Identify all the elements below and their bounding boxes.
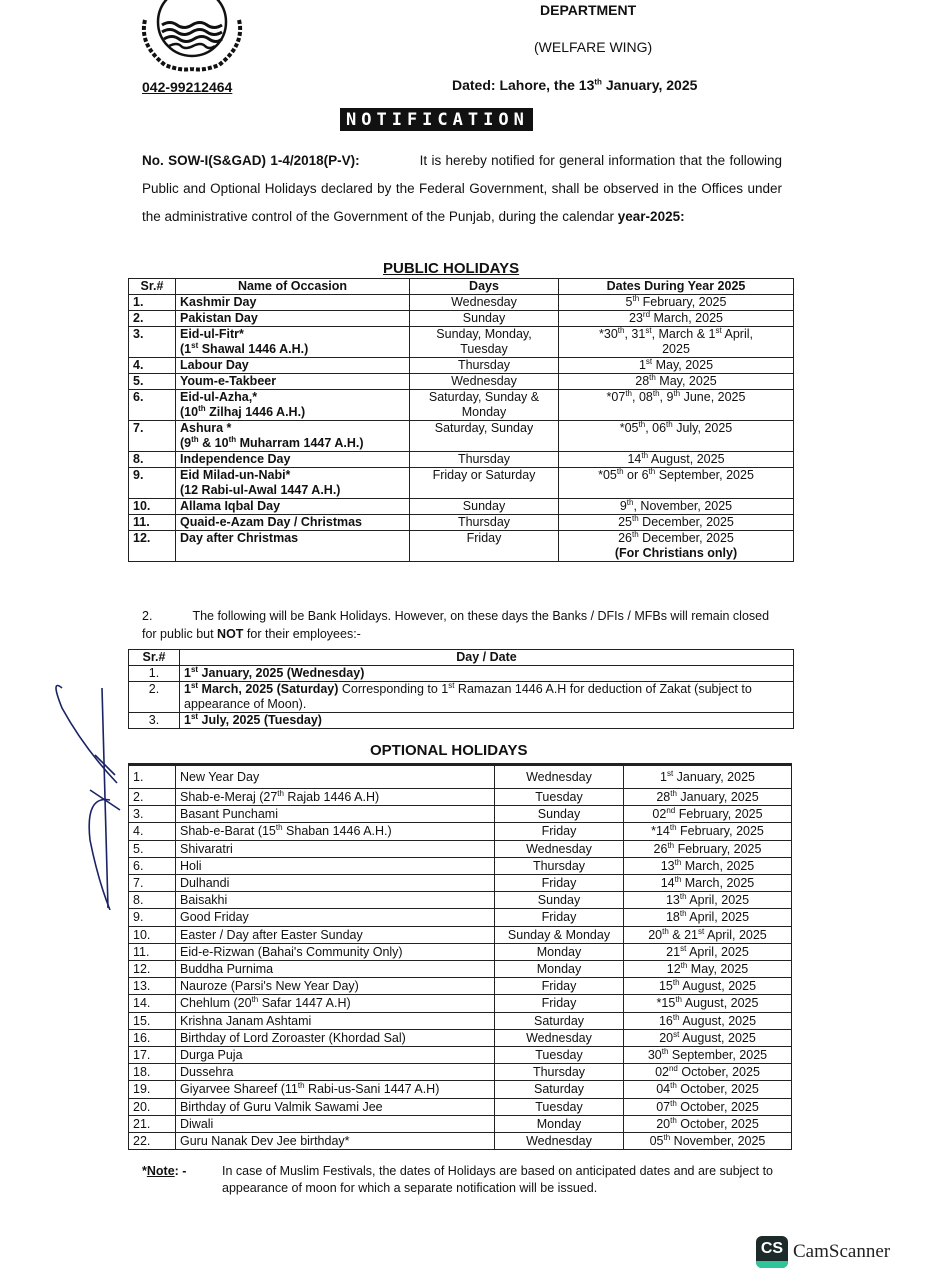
days-cell: Sunday bbox=[495, 806, 624, 823]
day-date-cell: 1st July, 2025 (Tuesday) bbox=[180, 713, 794, 729]
date-cell: 16th August, 2025 bbox=[624, 1012, 792, 1029]
table-row: 11.Eid-e-Rizwan (Bahai's Community Only)… bbox=[129, 943, 792, 960]
sr-cell: 7. bbox=[129, 421, 176, 452]
date-cell: 13th March, 2025 bbox=[624, 857, 792, 874]
occasion-cell: Shab-e-Barat (15th Shaban 1446 A.H.) bbox=[176, 823, 495, 840]
dated-prefix: Dated: Lahore, the 13 bbox=[452, 77, 594, 93]
sr-cell: 3. bbox=[129, 327, 176, 358]
occasion-cell: Giyarvee Shareef (11th Rabi-us-Sani 1447… bbox=[176, 1081, 495, 1098]
days-cell: Friday bbox=[495, 995, 624, 1012]
occasion-cell: Shivaratri bbox=[176, 840, 495, 857]
table-row: 2.Shab-e-Meraj (27th Rajab 1446 A.H)Tues… bbox=[129, 789, 792, 806]
date-cell: 13th April, 2025 bbox=[624, 892, 792, 909]
column-header: Day / Date bbox=[180, 650, 794, 666]
sr-cell: 6. bbox=[129, 390, 176, 421]
occasion-cell: Youm-e-Takbeer bbox=[176, 374, 410, 390]
days-cell: Saturday, Sunday bbox=[410, 421, 559, 452]
occasion-cell: Ashura *(9th & 10th Muharram 1447 A.H.) bbox=[176, 421, 410, 452]
reference-number: No. SOW-I(S&GAD) 1-4/2018(P-V): bbox=[142, 153, 360, 168]
date-cell: *15th August, 2025 bbox=[624, 995, 792, 1012]
date-cell: 25th December, 2025 bbox=[559, 515, 794, 531]
sr-cell: 15. bbox=[129, 1012, 176, 1029]
date-cell: *14th February, 2025 bbox=[624, 823, 792, 840]
table-row: 15.Krishna Janam AshtamiSaturday16th Aug… bbox=[129, 1012, 792, 1029]
table-row: 7.DulhandiFriday14th March, 2025 bbox=[129, 875, 792, 892]
date-cell: 14th August, 2025 bbox=[559, 452, 794, 468]
days-cell: Sunday, Monday,Tuesday bbox=[410, 327, 559, 358]
day-date-cell: 1st January, 2025 (Wednesday) bbox=[180, 666, 794, 682]
days-cell: Thursday bbox=[495, 1064, 624, 1081]
note-label: *Note: - bbox=[142, 1163, 222, 1197]
days-cell: Wednesday bbox=[410, 374, 559, 390]
sr-cell: 17. bbox=[129, 1047, 176, 1064]
days-cell: Sunday bbox=[410, 311, 559, 327]
occasion-cell: Easter / Day after Easter Sunday bbox=[176, 926, 495, 943]
days-cell: Friday bbox=[495, 909, 624, 926]
sr-cell: 18. bbox=[129, 1064, 176, 1081]
date-cell: 21st April, 2025 bbox=[624, 943, 792, 960]
occasion-cell: Eid-ul-Fitr*(1st Shawal 1446 A.H.) bbox=[176, 327, 410, 358]
sr-cell: 12. bbox=[129, 961, 176, 978]
date-cell: 18th April, 2025 bbox=[624, 909, 792, 926]
date-cell: 26th February, 2025 bbox=[624, 840, 792, 857]
sr-cell: 14. bbox=[129, 995, 176, 1012]
occasion-cell: Chehlum (20th Safar 1447 A.H) bbox=[176, 995, 495, 1012]
table-row: 4.Labour DayThursday1st May, 2025 bbox=[129, 358, 794, 374]
days-cell: Saturday, Sunday &Monday bbox=[410, 390, 559, 421]
occasion-cell: Eid Milad-un-Nabi*(12 Rabi-ul-Awal 1447 … bbox=[176, 468, 410, 499]
table-row: 3.1st July, 2025 (Tuesday) bbox=[129, 713, 794, 729]
sr-cell: 9. bbox=[129, 909, 176, 926]
date-cell: *30th, 31st, March & 1st April,2025 bbox=[559, 327, 794, 358]
para-text-end: for their employees:- bbox=[243, 627, 360, 641]
occasion-cell: Birthday of Guru Valmik Sawami Jee bbox=[176, 1098, 495, 1115]
occasion-cell: Birthday of Lord Zoroaster (Khordad Sal) bbox=[176, 1029, 495, 1046]
table-row: 22.Guru Nanak Dev Jee birthday*Wednesday… bbox=[129, 1133, 792, 1150]
bank-holidays-paragraph: 2.The following will be Bank Holidays. H… bbox=[142, 607, 782, 643]
camscanner-logo-icon: CS bbox=[756, 1236, 788, 1268]
days-cell: Wednesday bbox=[410, 295, 559, 311]
column-header: Days bbox=[410, 279, 559, 295]
occasion-cell: Guru Nanak Dev Jee birthday* bbox=[176, 1133, 495, 1150]
bank-holidays-table: Sr.#Day / Date 1.1st January, 2025 (Wedn… bbox=[128, 649, 794, 729]
camscanner-badge-text: CS bbox=[761, 1240, 783, 1258]
sr-cell: 19. bbox=[129, 1081, 176, 1098]
date-cell: *05th, 06th July, 2025 bbox=[559, 421, 794, 452]
sr-cell: 1. bbox=[129, 295, 176, 311]
days-cell: Friday bbox=[495, 978, 624, 995]
sr-cell: 10. bbox=[129, 499, 176, 515]
occasion-cell: Kashmir Day bbox=[176, 295, 410, 311]
date-cell: *07th, 08th, 9th June, 2025 bbox=[559, 390, 794, 421]
date-cell: 04th October, 2025 bbox=[624, 1081, 792, 1098]
date-cell: 05th November, 2025 bbox=[624, 1133, 792, 1150]
occasion-cell: Krishna Janam Ashtami bbox=[176, 1012, 495, 1029]
date-cell: 02nd October, 2025 bbox=[624, 1064, 792, 1081]
date-cell: 23rd March, 2025 bbox=[559, 311, 794, 327]
occasion-cell: Good Friday bbox=[176, 909, 495, 926]
table-row: 19.Giyarvee Shareef (11th Rabi-us-Sani 1… bbox=[129, 1081, 792, 1098]
punjab-government-emblem-icon bbox=[137, 0, 247, 75]
days-cell: Saturday bbox=[495, 1012, 624, 1029]
sr-cell: 9. bbox=[129, 468, 176, 499]
sr-cell: 21. bbox=[129, 1115, 176, 1132]
table-row: 7.Ashura *(9th & 10th Muharram 1447 A.H.… bbox=[129, 421, 794, 452]
occasion-cell: Eid-e-Rizwan (Bahai's Community Only) bbox=[176, 943, 495, 960]
table-row: 10.Easter / Day after Easter SundaySunda… bbox=[129, 926, 792, 943]
table-row: 1.Kashmir DayWednesday5th February, 2025 bbox=[129, 295, 794, 311]
days-cell: Monday bbox=[495, 943, 624, 960]
date-cell: 1st January, 2025 bbox=[624, 765, 792, 789]
occasion-cell: Allama Iqbal Day bbox=[176, 499, 410, 515]
phone-number: 042-99212464 bbox=[142, 79, 232, 95]
table-row: 14.Chehlum (20th Safar 1447 A.H)Friday*1… bbox=[129, 995, 792, 1012]
column-header: Sr.# bbox=[129, 279, 176, 295]
sr-cell: 11. bbox=[129, 943, 176, 960]
table-row: 1.New Year DayWednesday1st January, 2025 bbox=[129, 765, 792, 789]
days-cell: Sunday bbox=[495, 892, 624, 909]
table-row: 4.Shab-e-Barat (15th Shaban 1446 A.H.)Fr… bbox=[129, 823, 792, 840]
days-cell: Thursday bbox=[410, 515, 559, 531]
days-cell: Monday bbox=[495, 961, 624, 978]
occasion-cell: Shab-e-Meraj (27th Rajab 1446 A.H) bbox=[176, 789, 495, 806]
date-cell: 1st May, 2025 bbox=[559, 358, 794, 374]
days-cell: Wednesday bbox=[495, 765, 624, 789]
table-row: 12.Day after ChristmasFriday26th Decembe… bbox=[129, 531, 794, 562]
date-cell: 5th February, 2025 bbox=[559, 295, 794, 311]
date-cell: 14th March, 2025 bbox=[624, 875, 792, 892]
date-cell: 20th & 21st April, 2025 bbox=[624, 926, 792, 943]
table-row: 11.Quaid-e-Azam Day / ChristmasThursday2… bbox=[129, 515, 794, 531]
sr-cell: 4. bbox=[129, 358, 176, 374]
intro-paragraph: No. SOW-I(S&GAD) 1-4/2018(P-V):It is her… bbox=[142, 147, 782, 231]
date-cell: *05th or 6th September, 2025 bbox=[559, 468, 794, 499]
occasion-cell: Nauroze (Parsi's New Year Day) bbox=[176, 978, 495, 995]
days-cell: Saturday bbox=[495, 1081, 624, 1098]
days-cell: Tuesday bbox=[495, 1098, 624, 1115]
date-cell: 07th October, 2025 bbox=[624, 1098, 792, 1115]
days-cell: Thursday bbox=[410, 452, 559, 468]
occasion-cell: Basant Punchami bbox=[176, 806, 495, 823]
table-row: 12.Buddha PurnimaMonday12th May, 2025 bbox=[129, 961, 792, 978]
sr-cell: 12. bbox=[129, 531, 176, 562]
table-row: 5.ShivaratriWednesday26th February, 2025 bbox=[129, 840, 792, 857]
date-cell: 12th May, 2025 bbox=[624, 961, 792, 978]
occasion-cell: Day after Christmas bbox=[176, 531, 410, 562]
sr-cell: 22. bbox=[129, 1133, 176, 1150]
days-cell: Monday bbox=[495, 1115, 624, 1132]
days-cell: Thursday bbox=[495, 857, 624, 874]
table-row: 6.Eid-ul-Azha,*(10th Zilhaj 1446 A.H.)Sa… bbox=[129, 390, 794, 421]
department-label: DEPARTMENT bbox=[540, 2, 636, 18]
public-holidays-table: Sr.#Name of OccasionDaysDates During Yea… bbox=[128, 278, 794, 562]
occasion-cell: Eid-ul-Azha,*(10th Zilhaj 1446 A.H.) bbox=[176, 390, 410, 421]
para-number: 2. bbox=[142, 609, 152, 623]
occasion-cell: Labour Day bbox=[176, 358, 410, 374]
date-cell: 20th October, 2025 bbox=[624, 1115, 792, 1132]
days-cell: Tuesday bbox=[495, 1047, 624, 1064]
date-cell: 28th May, 2025 bbox=[559, 374, 794, 390]
footnote: *Note: - In case of Muslim Festivals, th… bbox=[142, 1163, 802, 1197]
optional-holidays-heading: OPTIONAL HOLIDAYS bbox=[370, 742, 528, 759]
date-cell: 26th December, 2025(For Christians only) bbox=[559, 531, 794, 562]
occasion-cell: Pakistan Day bbox=[176, 311, 410, 327]
day-date-cell: 1st March, 2025 (Saturday) Corresponding… bbox=[180, 682, 794, 713]
note-text: In case of Muslim Festivals, the dates o… bbox=[222, 1163, 802, 1197]
date-cell: 20st August, 2025 bbox=[624, 1029, 792, 1046]
note-label-text: Note bbox=[147, 1164, 175, 1178]
date-cell: 9th, November, 2025 bbox=[559, 499, 794, 515]
table-row: 6.HoliThursday13th March, 2025 bbox=[129, 857, 792, 874]
date-cell: 15th August, 2025 bbox=[624, 978, 792, 995]
para-bold: NOT bbox=[217, 627, 243, 641]
occasion-cell: Quaid-e-Azam Day / Christmas bbox=[176, 515, 410, 531]
occasion-cell: New Year Day bbox=[176, 765, 495, 789]
occasion-cell: Dulhandi bbox=[176, 875, 495, 892]
table-row: 1.1st January, 2025 (Wednesday) bbox=[129, 666, 794, 682]
column-header: Name of Occasion bbox=[176, 279, 410, 295]
public-holidays-heading: PUBLIC HOLIDAYS bbox=[383, 260, 519, 277]
table-row: 20.Birthday of Guru Valmik Sawami JeeTue… bbox=[129, 1098, 792, 1115]
occasion-cell: Dussehra bbox=[176, 1064, 495, 1081]
sr-cell: 8. bbox=[129, 452, 176, 468]
table-row: 2.1st March, 2025 (Saturday) Correspondi… bbox=[129, 682, 794, 713]
sr-cell: 10. bbox=[129, 926, 176, 943]
signature-icon bbox=[40, 660, 140, 910]
optional-holidays-table: 1.New Year DayWednesday1st January, 2025… bbox=[128, 763, 792, 1150]
table-row: 18.DussehraThursday02nd October, 2025 bbox=[129, 1064, 792, 1081]
days-cell: Wednesday bbox=[495, 1133, 624, 1150]
days-cell: Wednesday bbox=[495, 840, 624, 857]
table-row: 10.Allama Iqbal DaySunday9th, November, … bbox=[129, 499, 794, 515]
table-row: 2.Pakistan DaySunday23rd March, 2025 bbox=[129, 311, 794, 327]
sr-cell: 2. bbox=[129, 311, 176, 327]
wing-label: (WELFARE WING) bbox=[534, 39, 652, 55]
table-row: 5.Youm-e-TakbeerWednesday28th May, 2025 bbox=[129, 374, 794, 390]
table-row: 9.Eid Milad-un-Nabi*(12 Rabi-ul-Awal 144… bbox=[129, 468, 794, 499]
days-cell: Friday bbox=[410, 531, 559, 562]
camscanner-watermark: CS CamScanner bbox=[756, 1236, 890, 1268]
days-cell: Friday bbox=[495, 875, 624, 892]
table-row: 16.Birthday of Lord Zoroaster (Khordad S… bbox=[129, 1029, 792, 1046]
days-cell: Friday or Saturday bbox=[410, 468, 559, 499]
occasion-cell: Baisakhi bbox=[176, 892, 495, 909]
table-row: 3.Eid-ul-Fitr*(1st Shawal 1446 A.H.)Sund… bbox=[129, 327, 794, 358]
dated-suffix: January, 2025 bbox=[602, 77, 697, 93]
occasion-cell: Holi bbox=[176, 857, 495, 874]
camscanner-label: CamScanner bbox=[793, 1241, 890, 1263]
column-header: Dates During Year 2025 bbox=[559, 279, 794, 295]
table-row: 3.Basant PunchamiSunday02nd February, 20… bbox=[129, 806, 792, 823]
intro-year: year-2025: bbox=[618, 209, 685, 224]
dated-sup: th bbox=[594, 77, 602, 86]
sr-cell: 20. bbox=[129, 1098, 176, 1115]
occasion-cell: Buddha Purnima bbox=[176, 961, 495, 978]
table-row: 21.DiwaliMonday20th October, 2025 bbox=[129, 1115, 792, 1132]
sr-cell: 5. bbox=[129, 374, 176, 390]
occasion-cell: Diwali bbox=[176, 1115, 495, 1132]
days-cell: Tuesday bbox=[495, 789, 624, 806]
days-cell: Thursday bbox=[410, 358, 559, 374]
table-row: 13.Nauroze (Parsi's New Year Day)Friday1… bbox=[129, 978, 792, 995]
date-cell: 02nd February, 2025 bbox=[624, 806, 792, 823]
date-cell: 30th September, 2025 bbox=[624, 1047, 792, 1064]
days-cell: Friday bbox=[495, 823, 624, 840]
table-row: 9.Good FridayFriday18th April, 2025 bbox=[129, 909, 792, 926]
days-cell: Wednesday bbox=[495, 1029, 624, 1046]
notification-title: NOTIFICATION bbox=[340, 108, 533, 131]
occasion-cell: Durga Puja bbox=[176, 1047, 495, 1064]
table-row: 8.Independence DayThursday14th August, 2… bbox=[129, 452, 794, 468]
date-cell: 28th January, 2025 bbox=[624, 789, 792, 806]
table-row: 8.BaisakhiSunday13th April, 2025 bbox=[129, 892, 792, 909]
dated-line: Dated: Lahore, the 13th January, 2025 bbox=[452, 77, 697, 93]
sr-cell: 11. bbox=[129, 515, 176, 531]
table-row: 17.Durga PujaTuesday30th September, 2025 bbox=[129, 1047, 792, 1064]
sr-cell: 16. bbox=[129, 1029, 176, 1046]
sr-cell: 13. bbox=[129, 978, 176, 995]
occasion-cell: Independence Day bbox=[176, 452, 410, 468]
days-cell: Sunday bbox=[410, 499, 559, 515]
days-cell: Sunday & Monday bbox=[495, 926, 624, 943]
